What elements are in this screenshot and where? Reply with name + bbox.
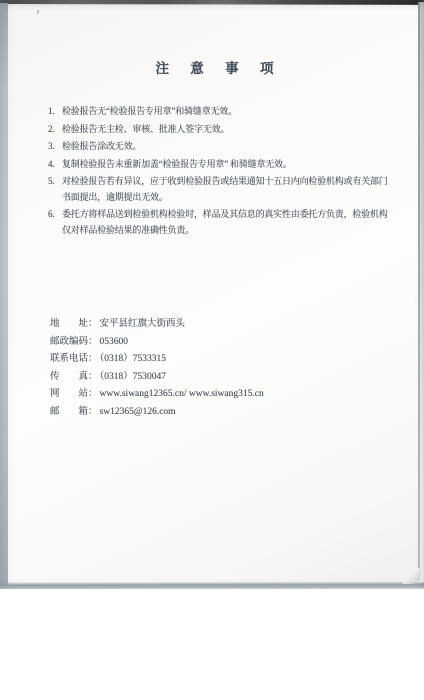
item-number: 2. (48, 122, 62, 138)
contact-value: （0318）7530047 (100, 372, 167, 382)
item-text: 委托方将样品送到检验机构检验时，样品及其信息的真实性由委托方负责，检验机构仅对样… (62, 207, 396, 238)
contact-label: 邮 箱： (50, 407, 98, 417)
item-text: 检验报告无主检、审核、批准人签字无效。 (62, 122, 396, 138)
page-title: 注 意 事 项 (0, 57, 424, 77)
notice-list: 1. 检验报告无“检验报告专用章”和骑缝章无效。 2. 检验报告无主检、审核、批… (48, 104, 396, 238)
item-text: 复制检验报告未重新加盖“检验报告专用章” 和骑缝章无效。 (62, 157, 396, 173)
contact-label: 传 真： (50, 372, 98, 382)
notice-item-5: 5. 对检验报告若有异议，应于收到检验报告或结果通知十五日内向检验机构或有关部门… (48, 174, 396, 205)
notice-item-3: 3. 检验报告涂改无效。 (48, 139, 396, 155)
contact-label: 地 址： (50, 319, 98, 329)
contact-label: 邮政编码： (50, 337, 98, 347)
contact-label: 网 站： (50, 389, 98, 399)
item-text: 检验报告无“检验报告专用章”和骑缝章无效。 (62, 104, 396, 120)
contact-row-address: 地 址：安平县红旗大街西头 (50, 316, 424, 334)
contact-value: 053600 (100, 337, 129, 347)
document-content: 注 意 事 项 1. 检验报告无“检验报告专用章”和骑缝章无效。 2. 检验报告… (0, 0, 424, 422)
notice-item-6: 6. 委托方将样品送到检验机构检验时，样品及其信息的真实性由委托方负责，检验机构… (48, 207, 396, 238)
item-number: 1. (48, 104, 62, 120)
contact-block: 地 址：安平县红旗大街西头 邮政编码：053600 联系电话：（0318）753… (50, 316, 424, 422)
paper-bottom-edge (0, 581, 424, 589)
contact-row-postcode: 邮政编码：053600 (50, 334, 424, 352)
contact-value: 安平县红旗大街西头 (100, 319, 186, 329)
contact-row-website: 网 站：www.siwang12365.cn/ www.siwang315.cn (50, 386, 424, 404)
notice-item-1: 1. 检验报告无“检验报告专用章”和骑缝章无效。 (48, 104, 396, 120)
item-text: 对检验报告若有异议，应于收到检验报告或结果通知十五日内向检验机构或有关部门书面提… (62, 174, 396, 205)
item-text: 检验报告涂改无效。 (62, 139, 396, 155)
item-number: 3. (48, 139, 62, 155)
contact-row-phone: 联系电话：（0318）7533315 (50, 351, 424, 369)
scanned-paper: 注 意 事 项 1. 检验报告无“检验报告专用章”和骑缝章无效。 2. 检验报告… (0, 0, 424, 589)
contact-value: （0318）7533315 (100, 354, 167, 364)
item-number: 4. (48, 157, 62, 173)
notice-item-2: 2. 检验报告无主检、审核、批准人签字无效。 (48, 122, 396, 138)
contact-value: sw12365@126.com (100, 407, 176, 417)
item-number: 5. (48, 174, 62, 205)
contact-value: www.siwang12365.cn/ www.siwang315.cn (100, 389, 264, 399)
contact-row-fax: 传 真：（0318）7530047 (50, 369, 424, 387)
item-number: 6. (48, 207, 62, 238)
notice-item-4: 4. 复制检验报告未重新加盖“检验报告专用章” 和骑缝章无效。 (48, 157, 396, 173)
contact-row-email: 邮 箱：sw12365@126.com (50, 404, 424, 422)
contact-label: 联系电话： (50, 354, 98, 364)
